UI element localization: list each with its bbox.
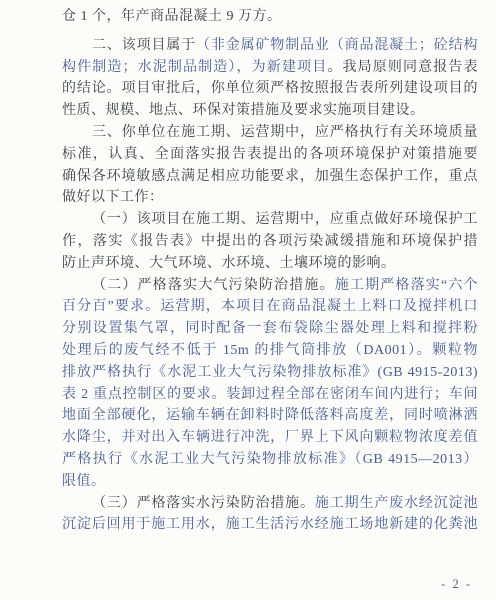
highlighted-text: 沉淀后回用于施工用水，施工生活污水经施工场地新建的化粪池 <box>62 517 478 532</box>
body-text: （二）严格落实大气污染防治措施。 <box>92 278 335 293</box>
highlighted-text: 构件制造；水泥制品制造），为新建项目 <box>62 60 327 75</box>
body-text: （一）该项目在施工期、运营期中，应重点做好环境保护工 <box>92 212 478 227</box>
highlighted-text: 施工期严格落实“六个 <box>335 278 478 293</box>
text-line: 确保各环境敏感点满足相应功能要求，加强生态保护工作，重点 <box>62 166 478 188</box>
highlighted-text: 限值。 <box>62 474 106 489</box>
highlighted-text: 严格执行《水泥工业大气污染物排放标准》（GB 4915—2013） <box>62 452 478 467</box>
body-text: 标准，认真、全面落实报告表提出的各项环境保护对策措施要求， <box>62 147 478 166</box>
page-number: - 2 - <box>441 577 472 591</box>
highlighted-text: 施工期生产废水经沉淀池 <box>315 496 478 511</box>
text-line: 表 2 重点控制区的要求。装卸过程全部在密闭车间内进行；车间 <box>62 384 478 406</box>
text-line: 百分百”要求。运营期，本项目在商品混凝土上料口及搅拌机口 <box>62 296 478 318</box>
text-line: 分别设置集气罩，同时配备一套布袋除尘器处理上料和搅拌粉尘， <box>62 318 478 340</box>
body-text: 性质、规模、地点、环保对策措施及要求实施项目建设。 <box>62 103 425 118</box>
body-text: 作，落实《报告表》中提出的各项污染减缓措施和环境保护措施， <box>62 234 478 253</box>
highlighted-text: 表 2 重点控制区的要求。装卸过程全部在密闭车间内进行；车间 <box>62 387 478 402</box>
body-text: 二、该项目属于 <box>92 38 196 53</box>
text-line: （三）严格落实水污染防治措施。施工期生产废水经沉淀池 <box>62 493 478 515</box>
highlighted-text: 处理后的废气经不低于 15m 的排气筒排放（DA001）。颗粒物 <box>62 343 478 358</box>
page-footer: - 2 - <box>441 575 472 593</box>
body-text: 确保各环境敏感点满足相应功能要求，加强生态保护工作，重点 <box>62 169 478 184</box>
text-line: 排放严格执行《水泥工业大气污染物排放标准》(GB 4915-2013) <box>62 362 478 384</box>
text-line: 做好以下工作： <box>62 187 478 209</box>
text-line: 作，落实《报告表》中提出的各项污染减缓措施和环境保护措施， <box>62 231 478 253</box>
body-text: 做好以下工作： <box>62 190 164 205</box>
text-line: 三、你单位在施工期、运营期中，应严格执行有关环境质量 <box>62 122 478 144</box>
highlighted-text: 分别设置集气罩，同时配备一套布袋除尘器处理上料和搅拌粉尘， <box>62 321 478 340</box>
text-line: 二、该项目属于（非金属矿物制品业（商品混凝土；砼结构 <box>62 35 478 57</box>
text-line: 水降尘，并对出入车辆进行冲洗，厂界上下风向颗粒物浓度差值 <box>62 427 478 449</box>
text-line: 构件制造；水泥制品制造），为新建项目。我局原则同意报告表 <box>62 57 478 79</box>
highlighted-text: 水降尘，并对出入车辆进行冲洗，厂界上下风向颗粒物浓度差值 <box>62 430 478 445</box>
text-line: 性质、规模、地点、环保对策措施及要求实施项目建设。 <box>62 100 478 122</box>
highlighted-text: （非金属矿物制品业（商品混凝土；砼结构 <box>196 38 478 53</box>
text-line: 限值。 <box>62 471 478 493</box>
highlighted-text: 百分百”要求。运营期，本项目在商品混凝土上料口及搅拌机口 <box>62 299 478 314</box>
highlighted-text: 地面全部硬化，运输车辆在卸料时降低落料高度差，同时喷淋洒 <box>62 408 478 423</box>
text-line: 沉淀后回用于施工用水，施工生活污水经施工场地新建的化粪池 <box>62 514 478 536</box>
text-line: 的结论。项目审批后，你单位须严格按照报告表所列建设项目的 <box>62 78 478 100</box>
body-text: （三）严格落实水污染防治措施。 <box>92 496 315 511</box>
document-body: 仓 1 个，年产商品混凝土 9 万方。二、该项目属于（非金属矿物制品业（商品混凝… <box>62 6 478 536</box>
text-line: 处理后的废气经不低于 15m 的排气筒排放（DA001）。颗粒物 <box>62 340 478 362</box>
body-text: 。我局原则同意报告表 <box>327 60 478 75</box>
text-line: 严格执行《水泥工业大气污染物排放标准》（GB 4915—2013） <box>62 449 478 471</box>
text-line: 地面全部硬化，运输车辆在卸料时降低落料高度差，同时喷淋洒 <box>62 405 478 427</box>
text-line: 仓 1 个，年产商品混凝土 9 万方。 <box>62 6 478 28</box>
text-line: 标准，认真、全面落实报告表提出的各项环境保护对策措施要求， <box>62 144 478 166</box>
highlighted-text: 排放严格执行《水泥工业大气污染物排放标准》(GB 4915-2013) <box>62 365 478 380</box>
text-line: 防止声环境、大气环境、水环境、土壤环境的影响。 <box>62 253 478 275</box>
body-text: 的结论。项目审批后，你单位须严格按照报告表所列建设项目的 <box>62 81 478 96</box>
body-text: 防止声环境、大气环境、水环境、土壤环境的影响。 <box>62 256 396 271</box>
body-text: 三、你单位在施工期、运营期中，应严格执行有关环境质量 <box>92 125 478 140</box>
body-text: 仓 1 个，年产商品混凝土 9 万方。 <box>62 9 282 24</box>
text-line: （二）严格落实大气污染防治措施。施工期严格落实“六个 <box>62 275 478 297</box>
document-page: 仓 1 个，年产商品混凝土 9 万方。二、该项目属于（非金属矿物制品业（商品混凝… <box>0 0 496 600</box>
text-line: （一）该项目在施工期、运营期中，应重点做好环境保护工 <box>62 209 478 231</box>
